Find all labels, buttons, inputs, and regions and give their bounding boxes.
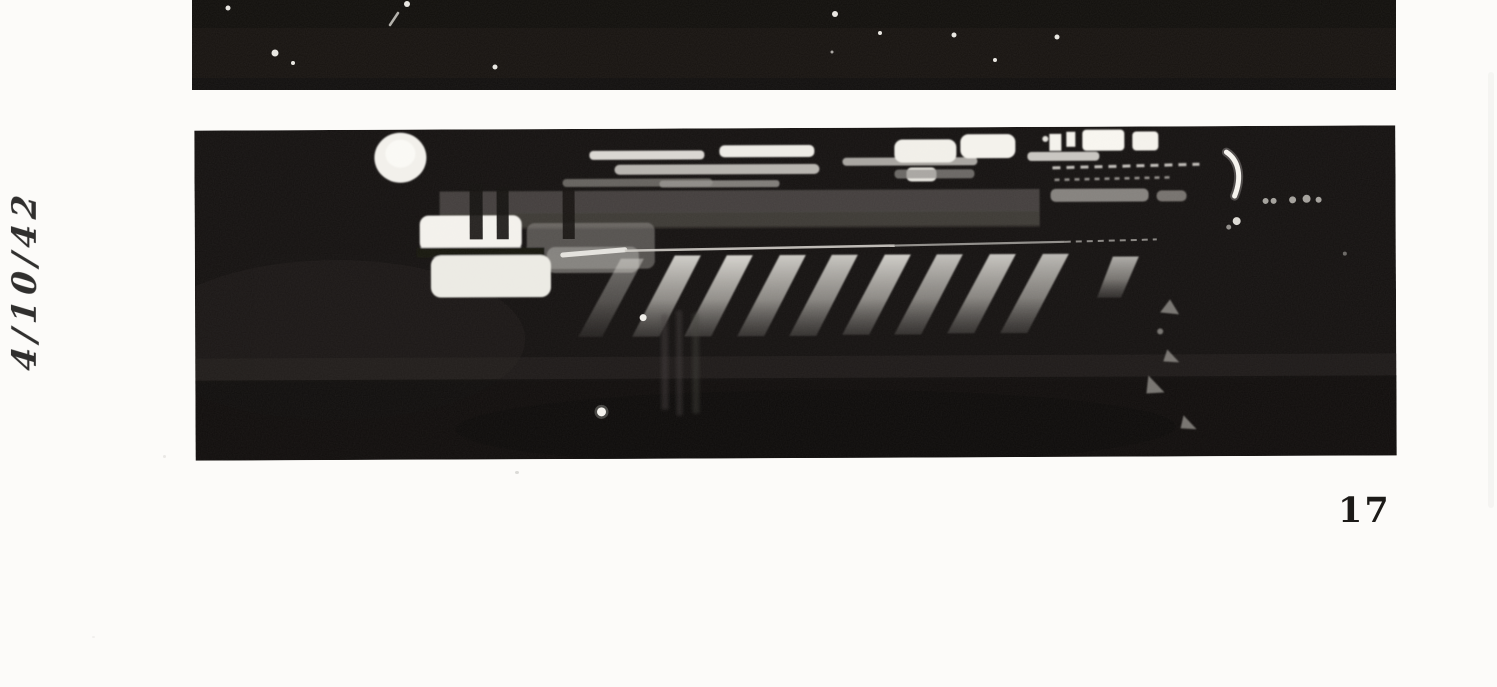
handwritten-margin-note: 4/10/42: [3, 173, 47, 388]
paper-speck: [515, 471, 519, 474]
film-grain-overlay: [194, 125, 1396, 460]
page-number: 17: [1338, 490, 1391, 531]
film-grain-overlay: [192, 0, 1396, 90]
top-photo-strip-image: [192, 0, 1396, 90]
night-crosswalk-photo-image: [194, 125, 1396, 460]
scanned-document-page: 4/10/42: [0, 0, 1497, 687]
margin-note-text: 4/10/42: [5, 187, 44, 372]
top-photo-strip: [192, 0, 1396, 90]
night-crosswalk-photo: [194, 125, 1396, 460]
scanner-edge-shadow: [1488, 72, 1494, 508]
paper-speck: [163, 455, 166, 458]
paper-speck: [92, 636, 95, 638]
